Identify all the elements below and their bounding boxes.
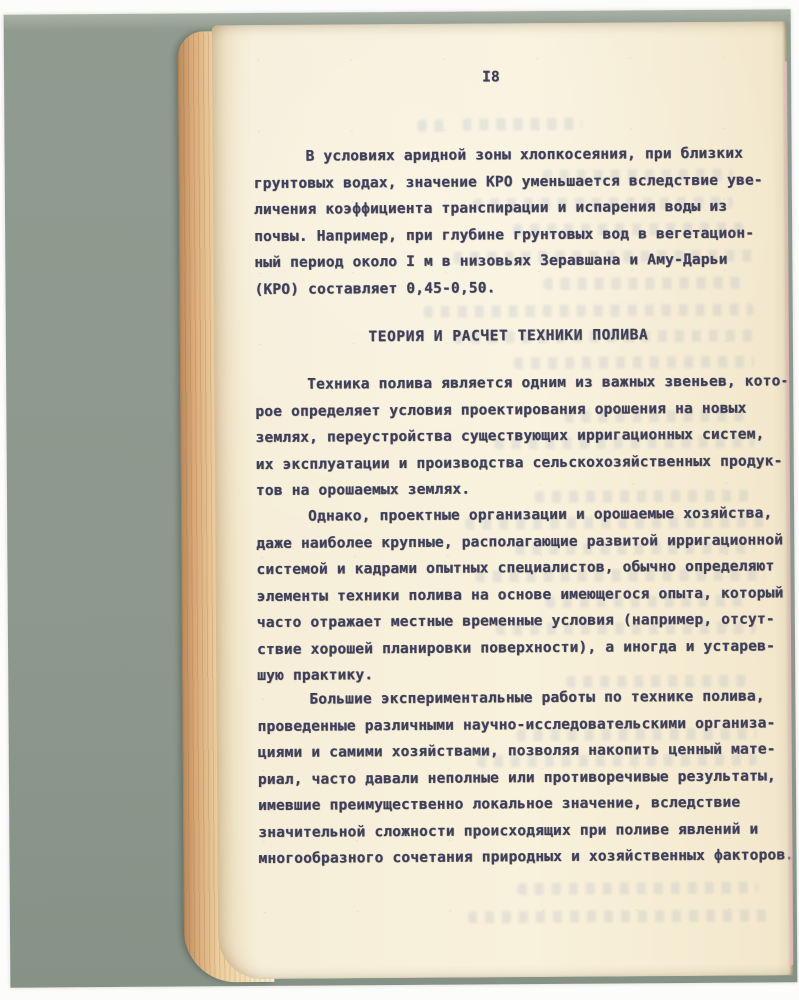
paragraph: Техника полива является одним из важных … [255, 368, 790, 504]
scanned-book-photo: I8 В условиях аридной зоны хлопкосеяния,… [0, 0, 799, 1000]
book-page: I8 В условиях аридной зоны хлопкосеяния,… [212, 21, 794, 979]
paragraph: В условиях аридной зоны хлопкосеяния, пр… [254, 140, 764, 303]
book-backdrop: I8 В условиях аридной зоны хлопкосеяния,… [4, 9, 798, 987]
page-number: I8 [482, 67, 500, 87]
section-heading: ТЕОРИЯ И РАСЧЕТ ТЕХНИКИ ПОЛИВА [255, 321, 762, 351]
paragraph: Однако, проектные организации и орошаемы… [256, 500, 784, 689]
paragraph: Большие экспериментальные работы по техн… [257, 683, 794, 872]
